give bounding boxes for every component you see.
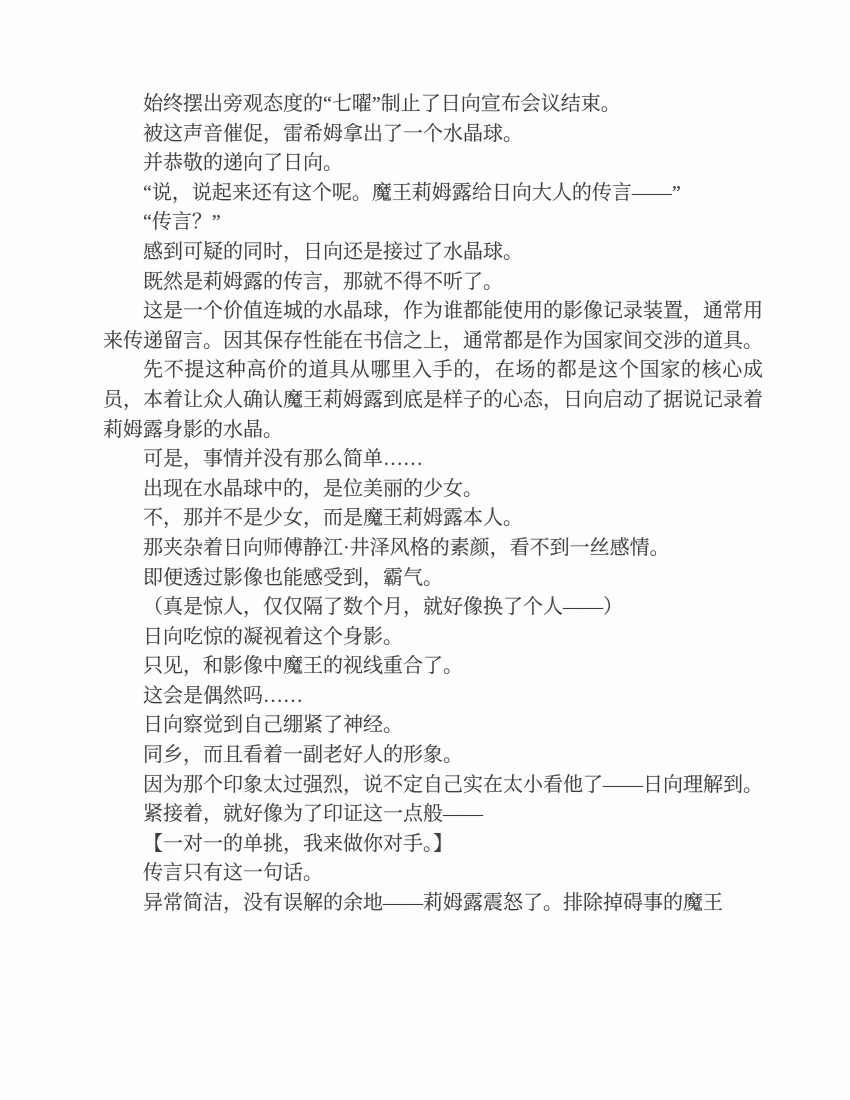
paragraph: 同乡，而且看着一副老好人的形象。	[103, 741, 763, 771]
paragraph: 既然是莉姆露的传言，那就不得不听了。	[103, 268, 763, 298]
paragraph-dialogue: “说，说起来还有这个呢。魔王莉姆露给日向大人的传言——”	[103, 179, 763, 209]
paragraph: 并恭敬的递向了日向。	[103, 149, 763, 179]
paragraph: 被这声音催促，雷希姆拿出了一个水晶球。	[103, 120, 763, 150]
paragraph: 出现在水晶球中的，是位美丽的少女。	[103, 475, 763, 505]
paragraph: 感到可疑的同时，日向还是接过了水晶球。	[103, 238, 763, 268]
paragraph: 即便透过影像也能感受到，霸气。	[103, 564, 763, 594]
paragraph: 始终摆出旁观态度的“七曜”制止了日向宣布会议结束。	[103, 90, 763, 120]
paragraph: 日向吃惊的凝视着这个身影。	[103, 623, 763, 653]
paragraph: 只见，和影像中魔王的视线重合了。	[103, 652, 763, 682]
novel-page: 始终摆出旁观态度的“七曜”制止了日向宣布会议结束。 被这声音催促，雷希姆拿出了一…	[0, 0, 850, 1100]
paragraph-dialogue: “传言？”	[103, 208, 763, 238]
paragraph: 日向察觉到自己绷紧了神经。	[103, 711, 763, 741]
paragraph: 不，那并不是少女，而是魔王莉姆露本人。	[103, 504, 763, 534]
paragraph-message: 【一对一的单挑，我来做你对手。】	[103, 830, 763, 860]
paragraph: 传言只有这一句话。	[103, 859, 763, 889]
paragraph-parenthetical: （真是惊人，仅仅隔了数个月，就好像换了个人——）	[103, 593, 763, 623]
paragraph: 先不提这种高价的道具从哪里入手的，在场的都是这个国家的核心成员，本着让众人确认魔…	[103, 356, 763, 445]
paragraph: 可是，事情并没有那么简单……	[103, 445, 763, 475]
paragraph: 那夹杂着日向师傅静江·井泽风格的素颜，看不到一丝感情。	[103, 534, 763, 564]
paragraph: 紧接着，就好像为了印证这一点般——	[103, 800, 763, 830]
paragraph: 这会是偶然吗……	[103, 682, 763, 712]
paragraph: 因为那个印象太过强烈，说不定自己实在太小看他了——日向理解到。	[103, 771, 763, 801]
novel-text-block: 始终摆出旁观态度的“七曜”制止了日向宣布会议结束。 被这声音催促，雷希姆拿出了一…	[103, 90, 763, 919]
paragraph: 这是一个价值连城的水晶球，作为谁都能使用的影像记录装置，通常用来传递留言。因其保…	[103, 297, 763, 356]
paragraph: 异常简洁，没有误解的余地——莉姆露震怒了。排除掉碍事的魔王	[103, 889, 763, 919]
